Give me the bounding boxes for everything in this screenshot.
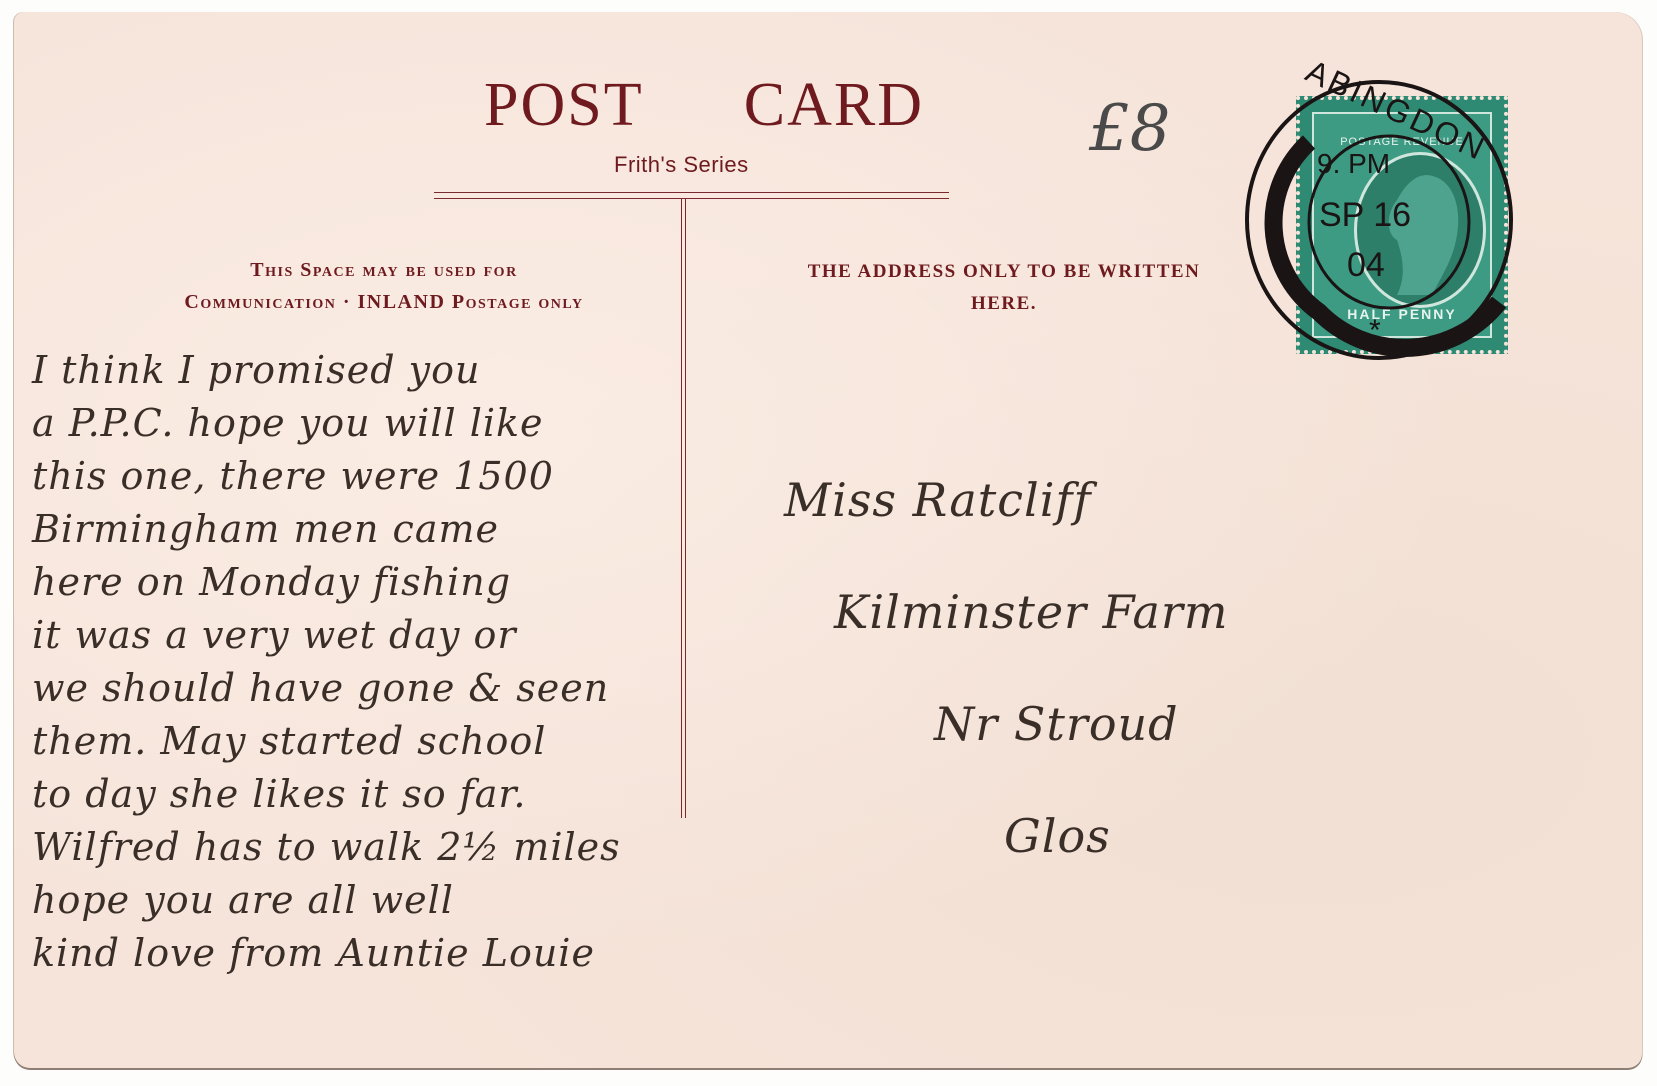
address-line: Glos bbox=[784, 780, 1229, 892]
message-line: we should have gone & seen bbox=[32, 662, 722, 715]
caption-line: Communication · INLAND Postage only bbox=[104, 286, 664, 318]
message-line: Birmingham men came bbox=[32, 503, 722, 556]
pencil-price-note: £8 bbox=[1089, 92, 1170, 166]
message-line: kind love from Auntie Louie bbox=[32, 927, 722, 980]
message-line: Wilfred has to walk 2½ miles bbox=[32, 821, 722, 874]
address-line: Miss Ratcliff bbox=[784, 444, 1229, 556]
series-label: Frith's Series bbox=[614, 152, 749, 178]
postmark-star: * bbox=[1369, 316, 1381, 346]
postcard: POST CARD Frith's Series This Space may … bbox=[14, 12, 1642, 1068]
message-line: this one, there were 1500 bbox=[32, 450, 722, 503]
caption-line: This Space may be used for bbox=[104, 254, 664, 286]
message-line: to day she likes it so far. bbox=[32, 768, 722, 821]
postmark-date: SP 16 bbox=[1319, 198, 1411, 232]
caption-line: The Address only to be written bbox=[719, 256, 1289, 288]
handwritten-message: I think I promised you a P.P.C. hope you… bbox=[32, 344, 722, 980]
postcard-title: POST CARD bbox=[484, 70, 924, 141]
postmark-time: 9. PM bbox=[1317, 150, 1390, 178]
divider-top-line-2 bbox=[434, 198, 949, 199]
title-post: POST bbox=[484, 70, 644, 141]
message-line: it was a very wet day or bbox=[32, 609, 722, 662]
communication-caption: This Space may be used for Communication… bbox=[104, 254, 664, 318]
postmark: ABINGDON 9. PM SP 16 04 * bbox=[1239, 72, 1519, 362]
address-caption: The Address only to be written Here. bbox=[719, 256, 1289, 320]
message-line: a P.P.C. hope you will like bbox=[32, 397, 722, 450]
address-line: Kilminster Farm bbox=[784, 556, 1229, 668]
caption-line: Here. bbox=[719, 288, 1289, 320]
message-line: them. May started school bbox=[32, 715, 722, 768]
divider-top-line bbox=[434, 192, 949, 193]
message-line: hope you are all well bbox=[32, 874, 722, 927]
handwritten-address: Miss Ratcliff Kilminster Farm Nr Stroud … bbox=[784, 444, 1229, 892]
address-line: Nr Stroud bbox=[784, 668, 1229, 780]
message-line: I think I promised you bbox=[32, 344, 722, 397]
postmark-year: 04 bbox=[1347, 248, 1385, 282]
message-line: here on Monday fishing bbox=[32, 556, 722, 609]
title-card: CARD bbox=[744, 70, 924, 141]
